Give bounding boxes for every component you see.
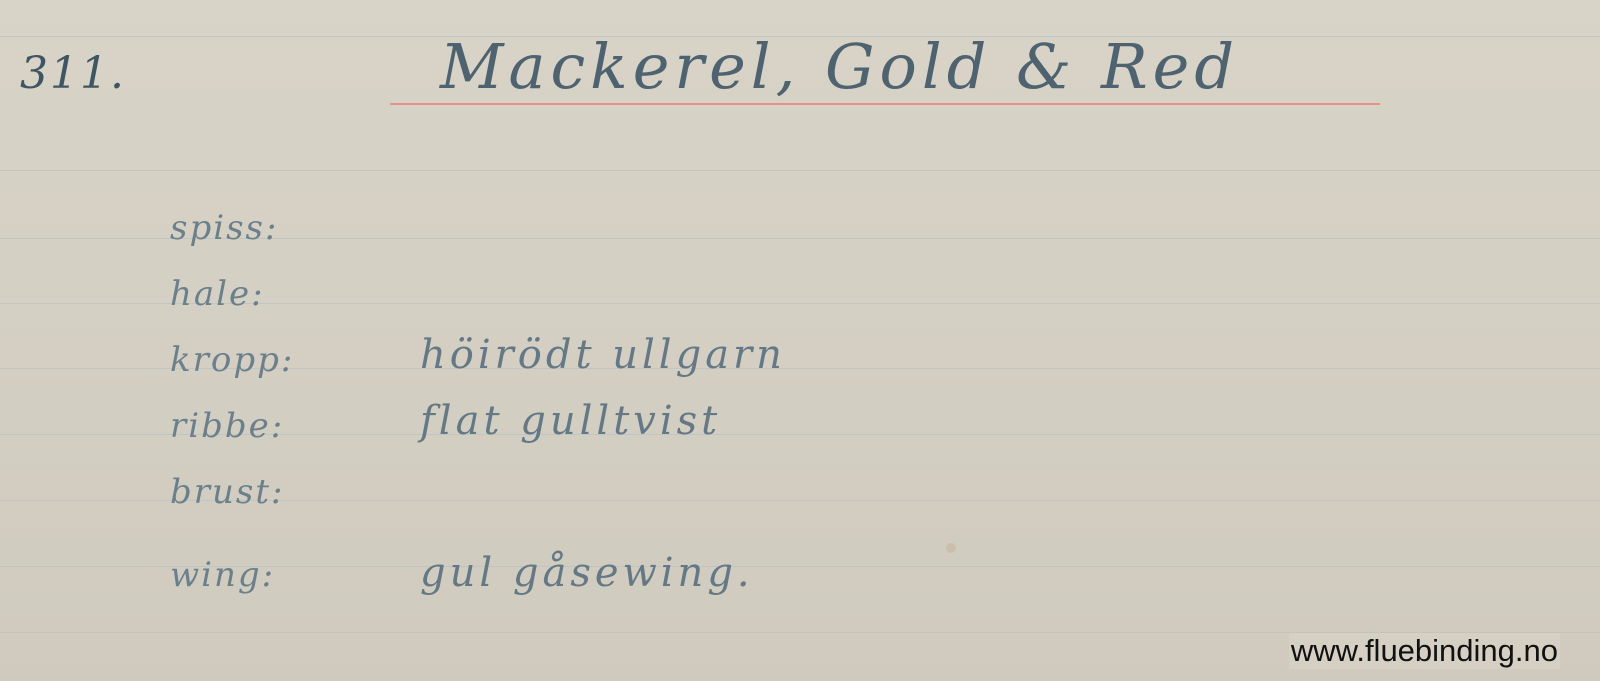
ruled-line: [0, 170, 1600, 171]
field-value-kropp: höirödt ullgarn: [420, 332, 786, 378]
field-label-hale: hale:: [170, 274, 265, 314]
watermark-link[interactable]: www.fluebinding.no: [1289, 633, 1560, 669]
entry-number: 311.: [20, 48, 126, 99]
field-label-ribbe: ribbe:: [170, 406, 284, 446]
paper-stain: [946, 543, 956, 553]
ledger-page: 311. Mackerel, Gold & Red spiss: hale: k…: [0, 0, 1600, 681]
field-label-brust: brust:: [170, 472, 284, 512]
field-value-ribbe: flat gulltvist: [420, 398, 721, 444]
field-label-spiss: spiss:: [170, 208, 278, 248]
field-value-wing: gul gåsewing.: [420, 550, 754, 596]
field-label-kropp: kropp:: [170, 340, 294, 380]
title-underline: [390, 103, 1380, 105]
page-title: Mackerel, Gold & Red: [440, 30, 1239, 103]
field-label-wing: wing:: [170, 555, 275, 595]
